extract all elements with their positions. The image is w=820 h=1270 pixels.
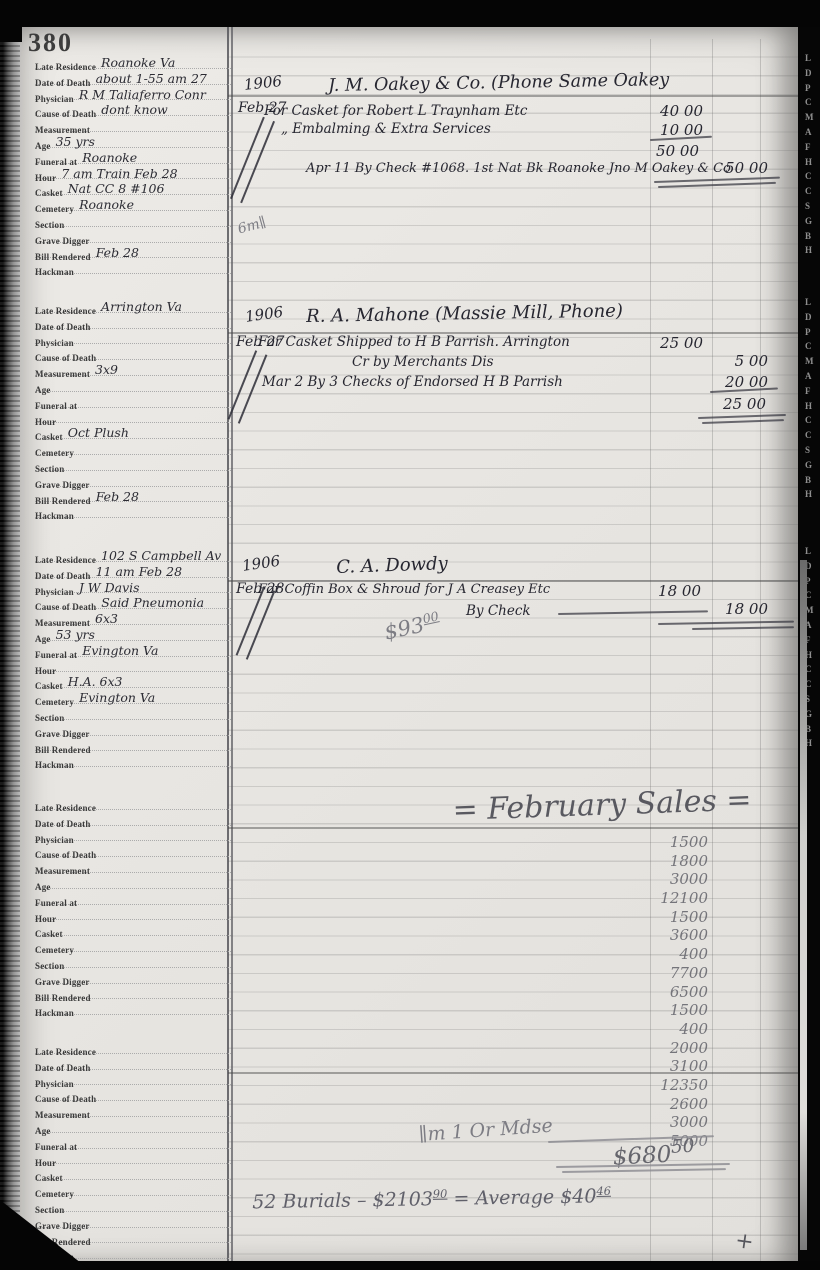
amount-column-rule-3 xyxy=(760,39,761,1261)
edge-letter: C xyxy=(805,171,819,186)
entry-2-line-2: Cr by Merchants Dis xyxy=(352,354,494,370)
form-row: Physician xyxy=(35,1070,231,1086)
pencil-total-cents: 00 xyxy=(421,608,440,626)
sales-value: 12350 xyxy=(640,1076,708,1095)
next-page-edge-letters-3: LDPCMAFHCCSGBH xyxy=(805,546,819,753)
entry-1-debit-1: 40 00 xyxy=(655,102,703,120)
edge-letter: G xyxy=(805,460,819,475)
form-row: Section xyxy=(35,704,231,720)
form-row: Hour xyxy=(35,657,231,673)
form-row: Hackman xyxy=(35,751,231,767)
form-row: Cemetery xyxy=(35,1180,231,1196)
amount-column-rule-2 xyxy=(712,39,713,1261)
form-value: Evington Va xyxy=(79,690,155,705)
form-row: Late Residence102 S Campbell Av xyxy=(35,546,231,562)
form-value: 53 yrs xyxy=(56,627,95,642)
section-rule-5 xyxy=(228,1072,798,1074)
edge-letter: G xyxy=(805,216,819,231)
form-row: Age53 yrs xyxy=(35,625,231,641)
form-row: Funeral atEvington Va xyxy=(35,641,231,657)
form-row: Casket xyxy=(35,1164,231,1180)
average-label: = Average xyxy=(447,1186,560,1210)
form-row: Grave Digger xyxy=(35,720,231,736)
total-amount-cents: 90 xyxy=(433,1187,448,1201)
next-page-edge-sliver xyxy=(800,560,807,1250)
form-row: Late Residence xyxy=(35,794,231,810)
form-row: Bill RenderedFeb 28 xyxy=(35,243,231,259)
edge-letter: L xyxy=(805,53,819,68)
form-row: Cemetery xyxy=(35,439,231,455)
form-row: Bill Rendered xyxy=(35,1228,231,1244)
form-value: Feb 28 xyxy=(96,489,139,504)
sales-value: 6500 xyxy=(640,983,708,1002)
form-row: Date of Death11 am Feb 28 xyxy=(35,562,231,578)
form-row: Late ResidenceRoanoke Va xyxy=(35,53,231,69)
entry-1-payment-line: Apr 11 By Check #1068. 1st Nat Bk Roanok… xyxy=(306,161,731,176)
form-row: Hackman xyxy=(35,258,231,274)
form-row: CemeteryRoanoke xyxy=(35,195,231,211)
edge-letter: D xyxy=(805,68,819,83)
sales-value: 1500 xyxy=(640,833,708,852)
edge-letter: A xyxy=(805,371,819,386)
ledger-photo: 380 Late ResidenceRoanoke VaDate of Deat… xyxy=(0,0,820,1270)
edge-letter: M xyxy=(805,356,819,371)
entry-1-line-1: For Casket for Robert L Traynham Etc xyxy=(264,103,527,119)
form-row: Cause of Deathdont know xyxy=(35,100,231,116)
form-value: Roanoke xyxy=(79,197,134,212)
edge-letter: A xyxy=(805,127,819,142)
form-row: Age xyxy=(35,873,231,889)
form-row: Date of Death xyxy=(35,1054,231,1070)
sales-value: 1500 xyxy=(640,1001,708,1020)
form-row: Hackman xyxy=(35,502,231,518)
edge-letter: C xyxy=(805,590,819,605)
form-row: Physician xyxy=(35,329,231,345)
edge-letter: C xyxy=(805,341,819,356)
form-row: Funeral atRoanoke xyxy=(35,148,231,164)
form-row: CasketH.A. 6x3 xyxy=(35,672,231,688)
form-row: CemeteryEvington Va xyxy=(35,688,231,704)
sales-value: 3000 xyxy=(640,870,708,889)
edge-letter: H xyxy=(805,650,819,665)
section-rule-1 xyxy=(228,95,798,97)
form-row: Cause of DeathSaid Pneumonia xyxy=(35,593,231,609)
form-row: Cause of Death xyxy=(35,344,231,360)
edge-letter: L xyxy=(805,546,819,561)
form-label: Hackman xyxy=(35,267,74,277)
form-value: 35 yrs xyxy=(56,134,95,149)
edge-letter: S xyxy=(805,445,819,460)
form-value: Arrington Va xyxy=(101,299,182,314)
form-row: CasketOct Plush xyxy=(35,423,231,439)
form-value: R M Taliaferro Conr xyxy=(79,87,206,102)
form-row: Measurement xyxy=(35,857,231,873)
form-row: Age xyxy=(35,376,231,392)
form-row: PhysicianR M Taliaferro Conr xyxy=(35,85,231,101)
sales-value: 400 xyxy=(640,1020,708,1039)
form-row: Hour xyxy=(35,408,231,424)
form-row: Grave Digger xyxy=(35,968,231,984)
burials-count: 52 Burials – xyxy=(252,1189,373,1213)
form-row: Hackman xyxy=(35,999,231,1015)
plus-mark: + xyxy=(734,1228,756,1255)
sales-total-cents: 50 xyxy=(670,1136,694,1158)
sales-value: 1800 xyxy=(640,852,708,871)
form-row: Date of Deathabout 1-55 am 27 xyxy=(35,69,231,85)
form-row: Grave Digger xyxy=(35,471,231,487)
edge-letter: C xyxy=(805,430,819,445)
entry-2-line-3: Mar 2 By 3 Checks of Endorsed H B Parris… xyxy=(262,374,563,390)
sales-value: 3600 xyxy=(640,926,708,945)
form-row: Funeral at xyxy=(35,392,231,408)
form-row: Date of Death xyxy=(35,313,231,329)
edge-letter: M xyxy=(805,112,819,127)
form-row: PhysicianJ W Davis xyxy=(35,578,231,594)
form-label: Hackman xyxy=(35,760,74,770)
form-row: Casket xyxy=(35,920,231,936)
photo-edge-bottom xyxy=(0,1261,820,1270)
edge-letter: F xyxy=(805,142,819,157)
edge-letter: M xyxy=(805,605,819,620)
edge-letter: S xyxy=(805,201,819,216)
form-row: Physician xyxy=(35,826,231,842)
edge-letter: L xyxy=(805,297,819,312)
form-row: Cemetery xyxy=(35,936,231,952)
form-value: dont know xyxy=(101,102,167,117)
edge-letter: C xyxy=(805,97,819,112)
entry-2-line-1: For Casket Shipped to H B Parrish. Arrin… xyxy=(258,334,570,350)
form-value: Roanoke Va xyxy=(101,55,175,70)
edge-letter: C xyxy=(805,415,819,430)
entry-3-line-2: By Check xyxy=(466,603,531,619)
average-amount-cents: 46 xyxy=(596,1184,611,1198)
edge-letter: S xyxy=(805,694,819,709)
form-row: Age xyxy=(35,1117,231,1133)
entry-1-subtotal: 50 00 xyxy=(651,142,699,160)
sales-values-column: 1500180030001210015003600400770065001500… xyxy=(640,833,708,1132)
entry-1-line-2: „ Embalming & Extra Services xyxy=(281,121,491,137)
record-block-4: Late ResidenceDate of DeathPhysicianCaus… xyxy=(35,794,231,1015)
total-amount: $2103 xyxy=(372,1188,433,1211)
sales-value: 12100 xyxy=(640,889,708,908)
edge-letter: F xyxy=(805,386,819,401)
form-row: Hour xyxy=(35,1149,231,1165)
column-divider-rule-2 xyxy=(231,27,233,1263)
form-row: Cause of Death xyxy=(35,841,231,857)
edge-letter: C xyxy=(805,186,819,201)
sales-value: 3100 xyxy=(640,1057,708,1076)
form-row: Measurement xyxy=(35,116,231,132)
form-row: Age35 yrs xyxy=(35,132,231,148)
edge-letter: G xyxy=(805,709,819,724)
sales-value: 2600 xyxy=(640,1095,708,1114)
entry-3-debit: 18 00 xyxy=(653,582,701,600)
form-value: Said Pneumonia xyxy=(101,595,204,610)
form-row: Measurement6x3 xyxy=(35,609,231,625)
edge-letter: B xyxy=(805,475,819,490)
form-row: Bill Rendered xyxy=(35,736,231,752)
form-row: Date of Death xyxy=(35,810,231,826)
record-block-5: Late ResidenceDate of DeathPhysicianCaus… xyxy=(35,1038,231,1259)
form-value: H.A. 6x3 xyxy=(68,674,123,689)
edge-letter: B xyxy=(805,724,819,739)
form-value: 3x9 xyxy=(95,362,118,377)
edge-letter: B xyxy=(805,231,819,246)
form-row: Bill RenderedFeb 28 xyxy=(35,487,231,503)
form-row: Measurement xyxy=(35,1101,231,1117)
edge-letter: P xyxy=(805,327,819,342)
form-row: Hour xyxy=(35,905,231,921)
edge-letter: A xyxy=(805,620,819,635)
form-row: Measurement3x9 xyxy=(35,360,231,376)
form-value: 7 am Train Feb 28 xyxy=(61,166,177,181)
average-amount: $40 xyxy=(560,1185,597,1208)
form-row: Section xyxy=(35,455,231,471)
form-row: Section xyxy=(35,211,231,227)
entry-1-credit: 50 00 xyxy=(716,159,768,177)
form-value: Evington Va xyxy=(82,643,158,658)
entry-2-debit: 25 00 xyxy=(655,334,703,352)
edge-letter: H xyxy=(805,245,819,260)
form-row: Grave Digger xyxy=(35,227,231,243)
edge-letter: F xyxy=(805,635,819,650)
form-label: Hackman xyxy=(35,511,74,521)
form-row: Cause of Death xyxy=(35,1085,231,1101)
form-label: Hackman xyxy=(35,1008,74,1018)
entry-3-credit: 18 00 xyxy=(716,600,768,618)
edge-letter: C xyxy=(805,664,819,679)
entry-3-title: C. A. Dowdy xyxy=(336,553,448,578)
form-value: Feb 28 xyxy=(96,245,139,260)
edge-letter: P xyxy=(805,576,819,591)
photo-edge-top xyxy=(0,0,820,27)
form-row: Section xyxy=(35,952,231,968)
form-value: 102 S Campbell Av xyxy=(101,548,221,563)
form-row: Grave Digger xyxy=(35,1212,231,1228)
form-value: 11 am Feb 28 xyxy=(96,564,182,579)
entry-2-total: 25 00 xyxy=(716,395,766,413)
form-row: Hour7 am Train Feb 28 xyxy=(35,164,231,180)
form-row: Late ResidenceArrington Va xyxy=(35,297,231,313)
form-value: Roanoke xyxy=(82,150,137,165)
edge-letter: H xyxy=(805,401,819,416)
form-row: Funeral at xyxy=(35,889,231,905)
edge-letter: H xyxy=(805,738,819,753)
form-row: Section xyxy=(35,1196,231,1212)
sales-value: 2000 xyxy=(640,1039,708,1058)
entry-2-credit-1: 5 00 xyxy=(718,352,768,370)
sales-value: 3000 xyxy=(640,1113,708,1132)
record-block-3: Late Residence102 S Campbell AvDate of D… xyxy=(35,546,231,767)
edge-letter: P xyxy=(805,83,819,98)
edge-letter: D xyxy=(805,312,819,327)
form-row: Late Residence xyxy=(35,1038,231,1054)
edge-letter: C xyxy=(805,679,819,694)
next-page-edge-letters-2: LDPCMAFHCCSGBH xyxy=(805,297,819,504)
entry-3-line-1: For Coffin Box & Shroud for J A Creasey … xyxy=(258,582,550,597)
form-value: Nat CC 8 #106 xyxy=(68,181,165,196)
record-block-1: Late ResidenceRoanoke VaDate of Deathabo… xyxy=(35,53,231,274)
form-value: J W Davis xyxy=(79,580,140,595)
next-page-edge-letters-1: LDPCMAFHCCSGBH xyxy=(805,53,819,260)
form-value: about 1-55 am 27 xyxy=(96,71,207,86)
form-row: CasketNat CC 8 #106 xyxy=(35,179,231,195)
edge-letter: H xyxy=(805,157,819,172)
sales-value: 400 xyxy=(640,945,708,964)
sales-value: 7700 xyxy=(640,964,708,983)
section-rule-4 xyxy=(228,827,798,829)
form-row: Bill Rendered xyxy=(35,984,231,1000)
record-block-2: Late ResidenceArrington VaDate of DeathP… xyxy=(35,297,231,518)
edge-letter: H xyxy=(805,489,819,504)
form-value: Oct Plush xyxy=(68,425,129,440)
sales-value: 1500 xyxy=(640,908,708,927)
form-value: 6x3 xyxy=(95,611,118,626)
edge-letter: D xyxy=(805,561,819,576)
form-row: Funeral at xyxy=(35,1133,231,1149)
book-binding-edge xyxy=(0,0,20,1270)
